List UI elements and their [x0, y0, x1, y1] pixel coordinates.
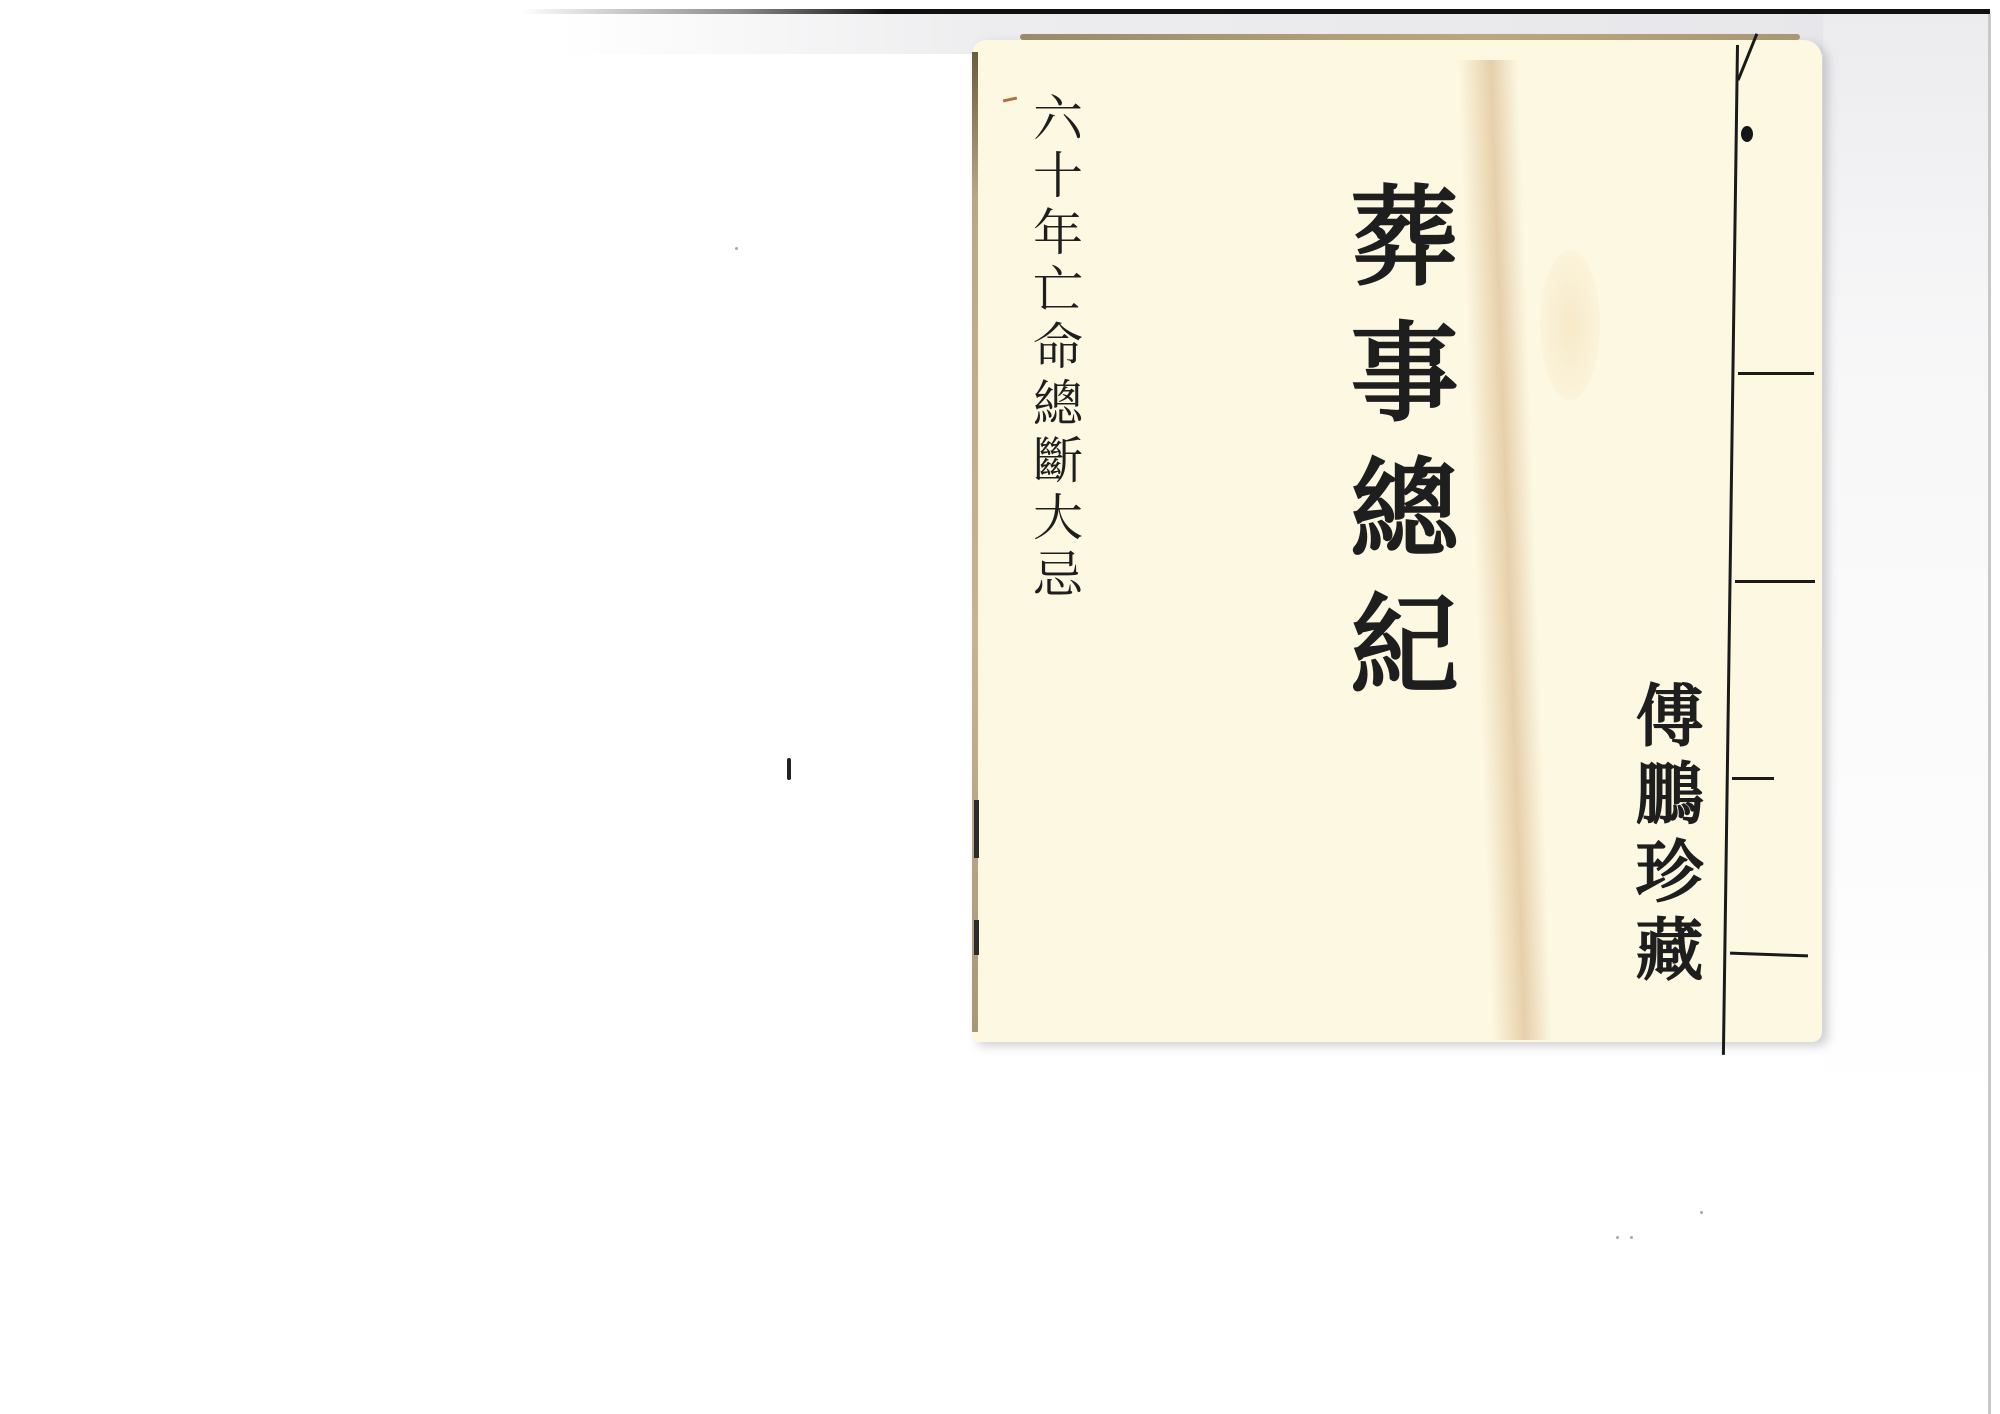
- booklet-top-edge: [1020, 34, 1800, 40]
- cover-title: 葬事總紀: [1318, 180, 1473, 724]
- cover-subtitle: 六十年亡命總斷大忌: [1018, 92, 1090, 605]
- scanner-right-edge: [1988, 14, 1991, 1414]
- dust-speck: [1630, 1236, 1633, 1239]
- water-stain-spot: [1540, 250, 1600, 400]
- binding-stitch: [1738, 372, 1814, 375]
- dust-speck: [1616, 1236, 1619, 1239]
- binding-knot: [1741, 126, 1753, 142]
- stray-ink-mark: [787, 758, 791, 780]
- scanner-top-edge: [520, 9, 1990, 14]
- spine-wear-mark: [974, 800, 979, 858]
- scanner-right-shadow: [1823, 14, 1988, 1114]
- spine-wear-mark: [974, 920, 979, 955]
- dust-speck: [735, 247, 738, 250]
- binding-stitch: [1735, 580, 1815, 583]
- binding-stitch: [1732, 777, 1774, 780]
- owner-signature: 傅鵬珍藏: [1615, 680, 1712, 992]
- booklet-spine-edge: [972, 52, 978, 1032]
- dust-speck: [1700, 1211, 1703, 1214]
